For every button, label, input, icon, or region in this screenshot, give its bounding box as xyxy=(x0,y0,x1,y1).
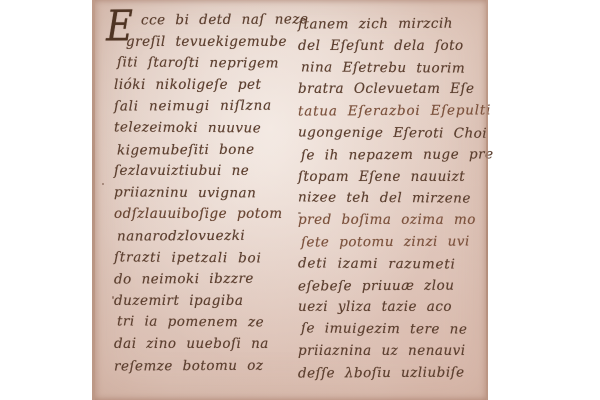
manuscript-line: ſiti ſtaroſti neprigem xyxy=(117,53,298,76)
line-text: cce bi detd naſ neze xyxy=(141,11,309,28)
manuscript-line: reſemze botomu oz xyxy=(114,355,298,378)
manuscript-line: priiaznina uz nenauvi xyxy=(298,341,476,363)
ink-speck xyxy=(112,296,114,299)
manuscript-line: ſete potomu zinzi uvi xyxy=(301,231,476,254)
manuscript-line: nizee teh del mirzene xyxy=(298,188,476,211)
manuscript-photo: Ecce bi detd naſ neze greſil tevuekigemu… xyxy=(0,0,600,400)
manuscript-line: ſtrazti ipetzali boi xyxy=(114,247,298,270)
manuscript-line: ſe ih nepazem nuge pre xyxy=(301,144,476,167)
manuscript-line: dai zino uueboſi na xyxy=(114,334,298,356)
manuscript-line: do neimoki ibzzre xyxy=(114,269,298,292)
manuscript-line: ugongenige Eſeroti Choi xyxy=(298,122,476,145)
text-column-left: Ecce bi detd naſ neze greſil tevuekigemu… xyxy=(114,10,298,377)
manuscript-line: ſtanem zich mirzcih xyxy=(298,13,476,36)
manuscript-line: kigemubeſiti bone xyxy=(117,139,298,162)
manuscript-line: greſil tevuekigemube xyxy=(114,32,298,54)
manuscript-line: uezi yliza tazie aco xyxy=(298,297,476,319)
manuscript-line: ſali neimugi niſlzna xyxy=(114,96,298,119)
manuscript-line: duzemirt ipagiba xyxy=(114,291,298,313)
manuscript-line: ſezlavuiztiubui ne xyxy=(114,161,298,183)
manuscript-line: bratra Oclevuetam Eſe xyxy=(298,79,476,101)
initial-letter: E xyxy=(106,5,134,48)
parchment-page: Ecce bi detd naſ neze greſil tevuekigemu… xyxy=(92,0,488,400)
manuscript-line: ſtopam Eſene nauuizt xyxy=(298,167,476,189)
manuscript-line: pred boſima ozima mo xyxy=(298,210,476,232)
manuscript-line: ſe imuigezim tere ne xyxy=(301,319,476,342)
ink-speck xyxy=(298,212,301,214)
manuscript-line: tatua Eſerazboi Eſepulti xyxy=(298,101,476,124)
manuscript-line: tri ia pomenem ze xyxy=(117,312,298,335)
manuscript-line: eſebeſe priuuæ zlou xyxy=(298,275,476,298)
manuscript-line: nanarodzlovuezki xyxy=(117,225,298,248)
manuscript-line: lióki nikoligeſe pet xyxy=(114,75,298,97)
manuscript-line: Ecce bi detd naſ neze xyxy=(114,9,298,32)
text-column-right: ſtanem zich mirzcih del Eſeſunt dela ſot… xyxy=(298,14,476,385)
manuscript-line: deſſe λboſiu uzliubiſe xyxy=(298,362,476,385)
manuscript-line: priiazninu uvignan xyxy=(114,182,298,205)
manuscript-line: odſzlauuiboſige potom xyxy=(114,204,298,226)
manuscript-line: deti izami razumeti xyxy=(298,253,476,276)
manuscript-line: nina Eſetrebu tuorim xyxy=(301,57,476,80)
manuscript-line: telezeimoki nuuvue xyxy=(114,117,298,140)
ink-speck xyxy=(102,183,104,185)
manuscript-line: del Eſeſunt dela ſoto xyxy=(298,36,476,58)
